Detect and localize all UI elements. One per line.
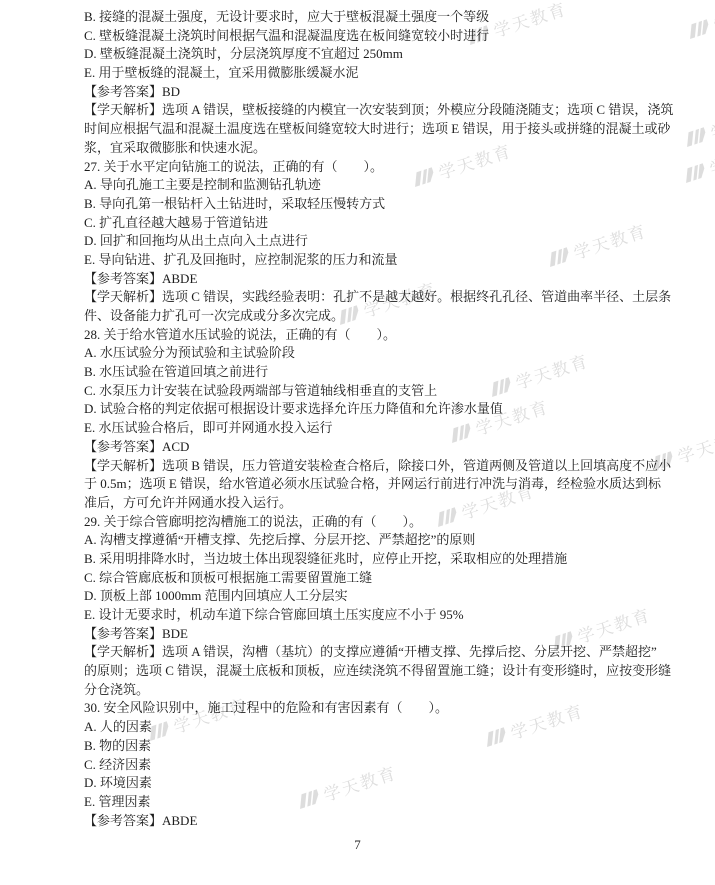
option-line-b: B. 接缝的混凝土强度，无设计要求时，应大于壁板混凝土强度一个等级: [84, 8, 650, 27]
xuetian-logo-icon: [682, 163, 708, 184]
option-line-a: A. 导向孔施工主要是控制和监测钻孔轨迹: [84, 176, 650, 195]
analysis-line: 【学天解析】选项 B 错误，压力管道安装检查合格后，除接口外，管道两侧及管道以上…: [84, 457, 650, 476]
option-line-d: D. 环境因素: [84, 774, 650, 793]
analysis-line: 【学天解析】选项 C 错误，实践经验表明：孔扩不是越大越好。根据终孔孔径、管道曲…: [84, 288, 650, 307]
watermark: 学天教育: [681, 97, 715, 153]
answer-line: 【参考答案】ABDE: [84, 812, 650, 831]
option-line-a: A. 沟槽支撑遵循“开槽支撑、先挖后撑、分层开挖、严禁超挖”的原则: [84, 531, 650, 550]
xuetian-logo-icon: [686, 19, 712, 40]
option-line-b: B. 采用明排降水时，当边坡土体出现裂缝征兆时，应停止开挖，采取相应的处理措施: [84, 550, 650, 569]
page-number: 7: [0, 837, 715, 853]
analysis-line: 浆，宜采取微膨胀和快速水泥。: [84, 139, 650, 158]
option-line-b: B. 水压试验在管道回填之前进行: [84, 363, 650, 382]
exam-text-block: B. 接缝的混凝土强度，无设计要求时，应大于壁板混凝土强度一个等级 C. 壁板缝…: [84, 8, 650, 830]
analysis-line: 【学天解析】选项 A 错误，壁板接缝的内模宜一次安装到顶；外模应分段随浇随支；选…: [84, 101, 650, 120]
answer-line: 【参考答案】ACD: [84, 438, 650, 457]
option-line-a: A. 水压试验分为预试验和主试验阶段: [84, 344, 650, 363]
option-line-c: C. 综合管廊底板和顶板可根据施工需要留置施工缝: [84, 569, 650, 588]
option-line-e: E. 用于壁板缝的混凝土，宜采用微膨胀缓凝水泥: [84, 64, 650, 83]
option-line-d: D. 壁板缝混凝土浇筑时，分层浇筑厚度不宜超过 250mm: [84, 45, 650, 64]
question-29-stem: 29. 关于综合管廊明挖沟槽施工的说法，正确的有（ ）。: [84, 513, 650, 532]
answer-line: 【参考答案】ABDE: [84, 270, 650, 289]
analysis-line: 时间应根据气温和混凝土温度选在壁板间缝宽较大时进行；选项 E 错误，用于接头或拼…: [84, 120, 650, 139]
option-line-a: A. 人的因素: [84, 718, 650, 737]
watermark-text: 学天教育: [707, 97, 715, 144]
option-line-c: C. 扩孔直径越大越易于管道钻进: [84, 214, 650, 233]
exam-document-page: { "doc": { "page_number": "7", "lines": …: [0, 0, 715, 885]
option-line-d: D. 回扩和回拖均从出土点向入土点进行: [84, 232, 650, 251]
option-line-e: E. 导向钻进、扩孔及回拖时，应控制泥浆的压力和流量: [84, 251, 650, 270]
analysis-line: 于 0.5m；选项 E 错误，给水管道必须水压试验合格，并网运行前进行冲洗与消毒…: [84, 475, 650, 494]
option-line-c: C. 经济因素: [84, 756, 650, 775]
option-line-c: C. 水泵压力计安装在试验段两端部与管道轴线相垂直的支管上: [84, 382, 650, 401]
question-27-stem: 27. 关于水平定向钻施工的说法，正确的有（ ）。: [84, 158, 650, 177]
question-30-stem: 30. 安全风险识别中，施工过程中的危险和有害因素有（ ）。: [84, 699, 650, 718]
option-line-b: B. 物的因素: [84, 737, 650, 756]
analysis-line: 准后，方可允许并网通水投入运行。: [84, 494, 650, 513]
analysis-line: 分仓浇筑。: [84, 681, 650, 700]
xuetian-logo-icon: [683, 127, 709, 148]
analysis-line: 【学天解析】选项 A 错误，沟槽（基坑）的支撑应遵循“开槽支撑、先撑后挖、分层开…: [84, 643, 650, 662]
answer-line: 【参考答案】BDE: [84, 625, 650, 644]
answer-line: 【参考答案】BD: [84, 83, 650, 102]
option-line-e: E. 管理因素: [84, 793, 650, 812]
analysis-line: 的原则；选项 C 错误，混凝土底板和顶板，应连续浇筑不得留置施工缝；设计有变形缝…: [84, 662, 650, 681]
option-line-c: C. 壁板缝混凝土浇筑时间根据气温和混凝温度选在板间缝宽较小时进行: [84, 27, 650, 46]
question-28-stem: 28. 关于给水管道水压试验的说法，正确的有（ ）。: [84, 326, 650, 345]
watermark: 学天教育: [684, 0, 715, 44]
watermark-text: 学天教育: [674, 421, 715, 468]
option-line-d: D. 试验合格的判定依据可根据设计要求选择允许压力降值和允许渗水量值: [84, 400, 650, 419]
analysis-line: 件、设备能力扩孔可一次完成或分多次完成。: [84, 307, 650, 326]
option-line-b: B. 导向孔第一根钻杆入土钻进时，采取轻压慢转方式: [84, 195, 650, 214]
option-line-d: D. 顶板上部 1000mm 范围内回填应人工分层实: [84, 587, 650, 606]
option-line-e: E. 设计无要求时，机动车道下综合管廊回填土压实度应不小于 95%: [84, 606, 650, 625]
option-line-e: E. 水压试验合格后，即可并网通水投入运行: [84, 419, 650, 438]
